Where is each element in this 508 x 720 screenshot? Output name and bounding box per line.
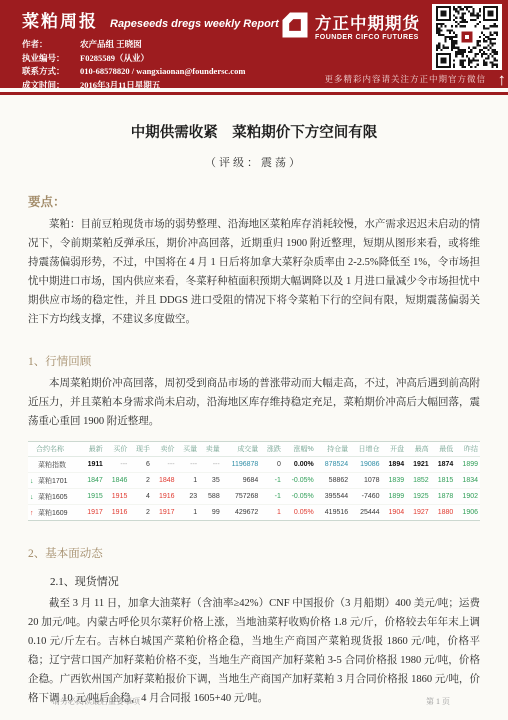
quote-value-cell: 1899 [382,489,407,505]
meta-license: 执业编号：F0285589（从业） [22,52,279,66]
quote-value-cell: -7460 [350,489,381,505]
section-1-paragraph: 本周菜粕期价冲高回落，周初受到商品市场的普涨带动而大幅走高，不过，冲高后遇到前高… [28,374,480,431]
quote-value-cell: --- [199,457,222,473]
header-rule [0,92,508,95]
quote-value-cell: 0.00% [283,457,316,473]
price-down-arrow-icon: ↓ [30,478,38,485]
brand-block: 方正中期期货 FOUNDER CIFCO FUTURES [280,10,420,41]
quote-value-cell: 0.05% [283,505,316,521]
quote-table-column-header: 成交量 [222,442,261,457]
quote-value-cell: --- [152,457,177,473]
quote-value-cell: 1902 [455,489,480,505]
meta-contact: 联系方式：010-68578820 / wangxiaonan@founders… [22,65,279,79]
quote-table-row: 菜粕指数1911---6---------119687800.00%878524… [28,457,480,473]
quote-value-cell: 1880 [431,505,456,521]
quote-value-cell: 1874 [431,457,456,473]
price-up-arrow-icon: ↑ [30,510,38,517]
wechat-follow-note: 更多精彩内容请关注方正中期官方微信 [324,73,486,85]
quote-value-cell: 1915 [105,489,130,505]
quote-value-cell: 1839 [382,473,407,489]
quote-value-cell: 1917 [80,505,105,521]
page-number: 第 1 页 [426,696,450,707]
section-1-heading: 1、行情回顾 [28,353,480,369]
contract-name-cell: ↓菜粕1605 [28,489,80,505]
quote-value-cell: 1196878 [222,457,261,473]
quote-value-cell: --- [105,457,130,473]
quote-table-column-header: 涨跌 [260,442,283,457]
quote-value-cell: 19086 [350,457,381,473]
quote-value-cell: 1917 [152,505,177,521]
quote-table-column-header: 卖量 [199,442,222,457]
quote-table-column-header: 开盘 [382,442,407,457]
contract-name-cell: 菜粕指数 [28,457,80,473]
quote-value-cell: 1852 [406,473,431,489]
quote-value-cell: 1 [260,505,283,521]
quote-value-cell: 0 [260,457,283,473]
quote-value-cell: 1834 [455,473,480,489]
quote-value-cell: --- [177,457,200,473]
quote-value-cell: 1911 [80,457,105,473]
quote-table-row: ↓菜粕1605191519154191623588757268-1-0.05%3… [28,489,480,505]
quote-value-cell: 1848 [152,473,177,489]
brand-name-cn: 方正中期期货 [315,10,420,34]
quote-value-cell: 1815 [431,473,456,489]
quote-value-cell: 1927 [406,505,431,521]
quote-value-cell: 1878 [431,489,456,505]
report-body: 中期供需收紧 菜粕期价下方空间有限 （评级：震荡） 要点： 菜粕：目前豆粕现货市… [0,121,508,708]
quote-value-cell: 429672 [222,505,261,521]
quote-value-cell: 6 [129,457,152,473]
price-down-arrow-icon: ↓ [30,494,38,501]
quote-value-cell: 23 [177,489,200,505]
contract-name-cell: ↓菜粕1701 [28,473,80,489]
footer-disclaimer: 请务必阅读最后重要事项 [52,696,140,707]
quote-value-cell: 757268 [222,489,261,505]
quote-table: 合约名称最新买价现手卖价买量卖量成交量涨跌涨幅%持仓量日增仓开盘最高最低昨结 菜… [28,441,480,521]
quote-value-cell: 99 [199,505,222,521]
quote-value-cell: 58862 [316,473,350,489]
quote-value-cell: 1847 [80,473,105,489]
qr-modules [436,6,498,68]
quote-table-column-header: 现手 [129,442,152,457]
page-title: 中期供需收紧 菜粕期价下方空间有限 [28,121,480,142]
rating-line: （评级：震荡） [28,154,480,170]
report-title-cn: 菜粕周报 [22,12,98,31]
quote-value-cell: 1899 [455,457,480,473]
wechat-qr-code [432,4,502,70]
quote-value-cell: 1894 [382,457,407,473]
quote-table-column-header: 最新 [80,442,105,457]
report-title-en: Rapeseeds dregs weekly Report [110,18,279,30]
quote-value-cell: -0.05% [283,489,316,505]
quote-table-column-header: 卖价 [152,442,177,457]
quote-value-cell: 419516 [316,505,350,521]
quote-table-column-header: 日增仓 [350,442,381,457]
quote-value-cell: 25444 [350,505,381,521]
quote-table-column-header: 昨结 [455,442,480,457]
contract-name-cell: ↑菜粕1609 [28,505,80,521]
page-footer: 请务必阅读最后重要事项 第 1 页 [0,696,508,707]
quote-value-cell: 1 [177,473,200,489]
quote-table-column-header: 最高 [406,442,431,457]
author-meta: 作者：农产品组 王晓囡 执业编号：F0285589（从业） 联系方式：010-6… [22,38,279,92]
quote-table-column-header: 买量 [177,442,200,457]
quote-value-cell: 4 [129,489,152,505]
quote-table-row: ↓菜粕170118471846218481359684-1-0.05%58862… [28,473,480,489]
masthead-block: 菜粕周报 Rapeseeds dregs weekly Report 作者：农产… [22,7,279,92]
quote-value-cell: 588 [199,489,222,505]
quote-value-cell: -1 [260,473,283,489]
quote-value-cell: 1915 [80,489,105,505]
quote-table-header-row: 合约名称最新买价现手卖价买量卖量成交量涨跌涨幅%持仓量日增仓开盘最高最低昨结 [28,442,480,457]
quote-value-cell: 2 [129,473,152,489]
quote-table-column-header: 合约名称 [28,442,80,457]
quote-table-column-header: 涨幅% [283,442,316,457]
quote-table-row: ↑菜粕1609191719162191719942967210.05%41951… [28,505,480,521]
quote-value-cell: 9684 [222,473,261,489]
meta-date: 成文时间：2016年3月11日星期五 [22,79,279,93]
report-page: 菜粕周报 Rapeseeds dregs weekly Report 作者：农产… [0,0,508,720]
quote-value-cell: 395544 [316,489,350,505]
up-arrow-icon: ↑ [498,71,507,88]
quote-table-body: 菜粕指数1911---6---------119687800.00%878524… [28,457,480,521]
brand-name-en: FOUNDER CIFCO FUTURES [315,34,420,41]
meta-author: 作者：农产品组 王晓囡 [22,38,279,52]
quote-value-cell: 1916 [152,489,177,505]
quote-value-cell: 1846 [105,473,130,489]
founder-logo-icon [280,10,310,40]
quote-value-cell: 35 [199,473,222,489]
quote-value-cell: 1078 [350,473,381,489]
quote-value-cell: 1904 [382,505,407,521]
quote-table-column-header: 持仓量 [316,442,350,457]
quote-value-cell: 2 [129,505,152,521]
quote-value-cell: 1925 [406,489,431,505]
quote-value-cell: 1916 [105,505,130,521]
section-2-heading: 2、基本面动态 [28,545,480,561]
quote-value-cell: -1 [260,489,283,505]
keypoints-paragraph: 菜粕：目前豆粕现货市场的弱势整理、沿海地区菜粕库存消耗较慢，水产需求迟迟未启动的… [28,215,480,329]
quote-value-cell: 878524 [316,457,350,473]
quote-table-column-header: 最低 [431,442,456,457]
section-2-1-heading: 2.1、现货情况 [50,573,480,589]
quote-value-cell: 1906 [455,505,480,521]
quote-value-cell: -0.05% [283,473,316,489]
keypoints-heading: 要点： [28,192,480,210]
quote-value-cell: 1 [177,505,200,521]
quote-table-column-header: 买价 [105,442,130,457]
section-2-1-paragraph: 截至 3 月 11 日，加拿大油菜籽（含油率≥42%）CNF 中国报价（3 月船… [28,594,480,708]
report-header: 菜粕周报 Rapeseeds dregs weekly Report 作者：农产… [0,0,508,88]
quote-value-cell: 1921 [406,457,431,473]
